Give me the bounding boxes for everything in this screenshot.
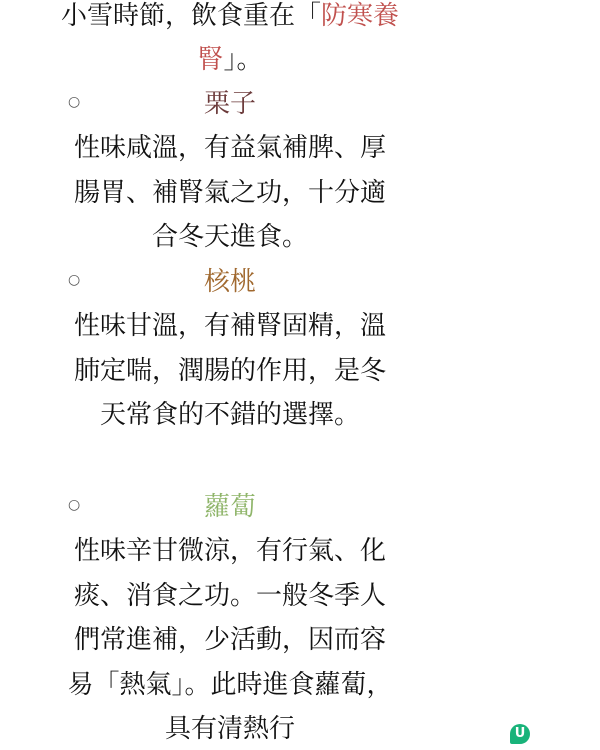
item-title: 栗子 <box>60 82 400 126</box>
item-body: 性味咸溫，有益氣補脾、厚腸胃、補腎氣之功，十分適合冬天進食。 <box>60 126 400 260</box>
bullet-circle-icon: ○ <box>68 94 80 110</box>
intro-suffix: 」。 <box>224 45 263 75</box>
item-title: 蘿蔔 <box>60 485 400 529</box>
bullet-circle-icon: ○ <box>68 272 80 288</box>
item-body: 性味甘溫，有補腎固精，溫肺定喘，潤腸的作用，是冬天常食的不錯的選擇。 <box>60 304 400 438</box>
item-body: 性味辛甘微涼，有行氣、化痰、消食之功。一般冬季人們常進補，少活動，因而容易「熱氣… <box>60 529 400 750</box>
intro-paragraph: 小雪時節，飲食重在「防寒養腎」。 <box>60 0 400 82</box>
intro-prefix: 小雪時節，飲食重在「 <box>61 1 321 31</box>
list-item-radish: ○ 蘿蔔 性味辛甘微涼，有行氣、化痰、消食之功。一般冬季人們常進補，少活動，因而… <box>60 485 400 750</box>
bullet-circle-icon: ○ <box>68 497 80 513</box>
list-item-chestnut: ○ 栗子 性味咸溫，有益氣補脾、厚腸胃、補腎氣之功，十分適合冬天進食。 <box>60 82 400 260</box>
list-item-walnut: ○ 核桃 性味甘溫，有補腎固精，溫肺定喘，潤腸的作用，是冬天常食的不錯的選擇。 <box>60 260 400 438</box>
u-logo-icon: U <box>510 724 530 744</box>
item-title: 核桃 <box>60 260 400 304</box>
